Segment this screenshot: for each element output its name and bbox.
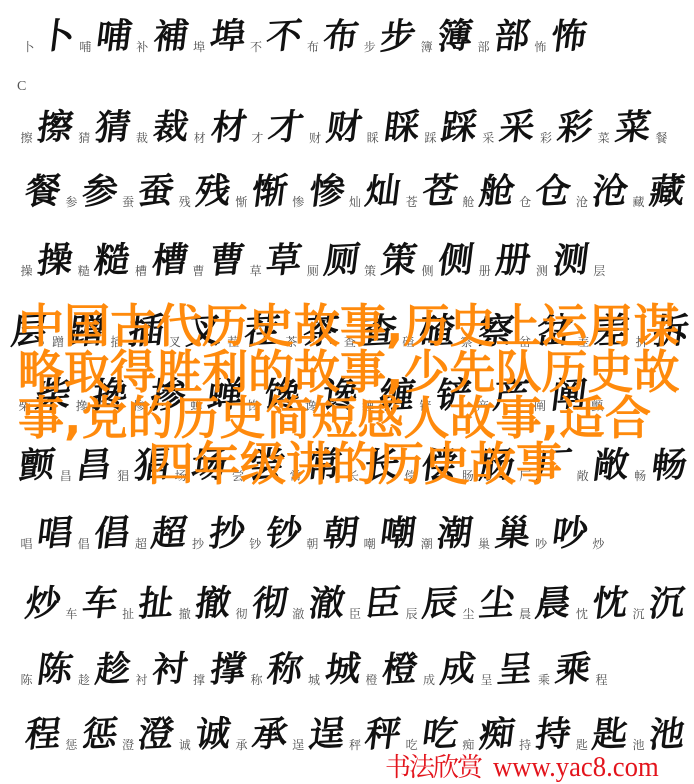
cursive-character: 敞 — [590, 445, 633, 487]
cursive-character: 抄 — [205, 513, 248, 555]
printed-character: 产 — [476, 400, 489, 412]
cursive-character: 厕 — [320, 240, 363, 282]
printed-character: 阐 — [534, 400, 547, 412]
cursive-character: 厂 — [532, 445, 575, 487]
printed-character: 才 — [251, 132, 264, 144]
cursive-character: 尘 — [475, 583, 518, 625]
printed-character: 差 — [577, 336, 590, 348]
cursive-character: 橙 — [379, 649, 422, 691]
cursive-character: 唱 — [33, 513, 76, 555]
printed-character: 橙 — [365, 674, 378, 686]
cursive-character: 岔 — [532, 311, 575, 353]
cursive-character: 茬 — [241, 311, 284, 353]
watermark: 书法欣赏 www.yac8.com — [385, 747, 673, 784]
cursive-character: 潮 — [434, 513, 477, 555]
printed-character: 朝 — [306, 538, 319, 550]
printed-character: 蹭 — [52, 336, 65, 348]
cursive-character: 藏 — [645, 171, 688, 213]
printed-character: 猖 — [117, 470, 130, 482]
cursive-character: 财 — [322, 107, 365, 149]
printed-character: 踩 — [424, 132, 437, 144]
printed-character: 步 — [363, 41, 376, 53]
printed-character: 不 — [250, 41, 263, 53]
cursive-character: 车 — [78, 583, 121, 625]
cursive-character: 灿 — [362, 171, 405, 213]
printed-character: 车 — [65, 608, 78, 620]
printed-character: 逞 — [292, 739, 305, 751]
cursive-character: 乘 — [551, 649, 594, 691]
cursive-character: 碴 — [416, 311, 459, 353]
printed-character: 潮 — [420, 538, 433, 550]
cursive-character: 柴 — [32, 375, 75, 417]
printed-character: 彻 — [235, 608, 248, 620]
printed-character: 茬 — [227, 336, 240, 348]
printed-character: 惨 — [292, 196, 305, 208]
cursive-character: 超 — [148, 513, 191, 555]
printed-character: 巢 — [478, 538, 491, 550]
character-row: 柴柴搀搀掺掺蝉蝉馋馋谗谗缠缠铲铲产产阐阐颤 — [18, 372, 604, 416]
cursive-character: 步 — [377, 16, 420, 58]
cursive-character: 仓 — [532, 171, 575, 213]
printed-character: 澈 — [292, 608, 305, 620]
printed-character: 柴 — [18, 400, 31, 412]
cursive-character: 沧 — [589, 171, 632, 213]
printed-character: 惭 — [235, 196, 248, 208]
printed-character: 颤 — [591, 400, 604, 412]
printed-character: 澄 — [122, 739, 135, 751]
cursive-character: 称 — [264, 649, 307, 691]
cursive-character: 阐 — [547, 375, 590, 417]
printed-character: 城 — [308, 674, 321, 686]
printed-character: 菜 — [597, 132, 610, 144]
printed-character: 诚 — [178, 739, 191, 751]
printed-character: 掺 — [133, 400, 146, 412]
cursive-character: 层 — [7, 311, 50, 353]
printed-character: 昌 — [59, 470, 72, 482]
printed-character: 撤 — [178, 608, 191, 620]
printed-character: 忱 — [575, 608, 588, 620]
printed-character: 餐 — [655, 132, 668, 144]
printed-character: 曹 — [192, 265, 205, 277]
printed-character: 糙 — [77, 265, 90, 277]
cursive-character: 補 — [149, 16, 192, 58]
cursive-character: 彻 — [248, 583, 291, 625]
printed-character: 承 — [235, 739, 248, 751]
character-row: 操操糙糙槽槽曹曹草草厕厕策策侧侧册册测测层 — [20, 237, 606, 281]
printed-character: 尝 — [232, 470, 245, 482]
printed-character: 缠 — [362, 400, 375, 412]
cursive-character: 趁 — [91, 649, 134, 691]
cursive-character: 城 — [321, 649, 364, 691]
cursive-character: 撑 — [206, 649, 249, 691]
cursive-character: 产 — [490, 375, 533, 417]
printed-character: 嘲 — [363, 538, 376, 550]
printed-character: 陈 — [20, 674, 33, 686]
printed-character: 彩 — [539, 132, 552, 144]
printed-character: 搀 — [75, 400, 88, 412]
printed-character: 厂 — [519, 470, 532, 482]
printed-character: 侧 — [421, 265, 434, 277]
cursive-character: 叉 — [182, 311, 225, 353]
cursive-character: 曹 — [205, 240, 248, 282]
printed-character: 材 — [193, 132, 206, 144]
printed-character: 成 — [423, 674, 436, 686]
cursive-character: 搀 — [89, 375, 132, 417]
cursive-character: 采 — [495, 107, 538, 149]
printed-character: 布 — [306, 41, 319, 53]
printed-character: 偿 — [404, 470, 417, 482]
cursive-character: 残 — [192, 171, 235, 213]
printed-character: 肠 — [461, 470, 474, 482]
calligraphy-chart-page: C 卜卜哺哺补補埠埠不不布布步步簿簿部部怖怖擦擦猜猜裁裁材材才才财财睬睬踩踩采采… — [0, 0, 694, 784]
cursive-character: 倡 — [91, 513, 134, 555]
cursive-character: 逞 — [305, 714, 348, 756]
character-row: 炒车车扯扯撤撤彻彻澈澈臣臣辰辰尘尘晨晨忱忱沉沉 — [24, 580, 686, 624]
printed-character: 蚕 — [122, 196, 135, 208]
cursive-character: 偿 — [417, 445, 460, 487]
section-letter: C — [17, 79, 26, 95]
cursive-character: 察 — [474, 311, 517, 353]
character-row: 擦擦猜猜裁裁材材才才财财睬睬踩踩采采彩彩菜菜餐 — [20, 104, 668, 148]
cursive-character: 程 — [21, 714, 64, 756]
cursive-character: 嘲 — [377, 513, 420, 555]
cursive-character: 吵 — [548, 513, 591, 555]
cursive-character: 承 — [248, 714, 291, 756]
printed-character: 财 — [309, 132, 322, 144]
cursive-character: 畅 — [647, 445, 690, 487]
printed-character: 猜 — [78, 132, 91, 144]
printed-character: 唱 — [20, 538, 33, 550]
cursive-character: 插 — [124, 311, 167, 353]
cursive-character: 诚 — [192, 714, 235, 756]
cursive-character: 场 — [188, 445, 231, 487]
cursive-character: 猜 — [91, 107, 134, 149]
cursive-character: 衬 — [149, 649, 192, 691]
cursive-character: 臣 — [362, 583, 405, 625]
cursive-character: 惩 — [78, 714, 121, 756]
printed-character: 裁 — [135, 132, 148, 144]
cursive-character: 侧 — [434, 240, 477, 282]
cursive-character: 差 — [591, 311, 634, 353]
cursive-character: 猖 — [130, 445, 173, 487]
printed-character: 秤 — [348, 739, 361, 751]
printed-character: 岔 — [518, 336, 531, 348]
cursive-character: 惨 — [305, 171, 348, 213]
cursive-character: 簿 — [433, 16, 476, 58]
cursive-character: 肠 — [475, 445, 518, 487]
printed-character: 碴 — [402, 336, 415, 348]
cursive-character: 擦 — [34, 107, 77, 149]
cursive-character: 才 — [265, 107, 308, 149]
printed-character: 敞 — [576, 470, 589, 482]
printed-character: 晨 — [519, 608, 532, 620]
cursive-character: 掺 — [146, 375, 189, 417]
printed-character: 铲 — [419, 400, 432, 412]
printed-character: 沉 — [632, 608, 645, 620]
cursive-character: 成 — [436, 649, 479, 691]
cursive-character: 谗 — [318, 375, 361, 417]
printed-character: 称 — [250, 674, 263, 686]
printed-character: 辰 — [405, 608, 418, 620]
printed-character: 簿 — [420, 41, 433, 53]
printed-character: 衬 — [135, 674, 148, 686]
printed-character: 程 — [595, 674, 608, 686]
cursive-character: 炒 — [21, 583, 64, 625]
cursive-character: 尝 — [245, 445, 288, 487]
printed-character: 参 — [65, 196, 78, 208]
printed-character: 测 — [536, 265, 549, 277]
printed-character: 藏 — [632, 196, 645, 208]
printed-character: 灿 — [348, 196, 361, 208]
printed-character: 撑 — [193, 674, 206, 686]
cursive-character: 舱 — [475, 171, 518, 213]
cursive-character: 埠 — [206, 16, 249, 58]
printed-character: 呈 — [480, 674, 493, 686]
cursive-character: 睬 — [380, 107, 423, 149]
cursive-character: 卜 — [35, 16, 78, 58]
cursive-character: 测 — [549, 240, 592, 282]
printed-character: 茶 — [285, 336, 298, 348]
cursive-character: 沉 — [645, 583, 688, 625]
printed-character: 长 — [346, 470, 359, 482]
character-row: 颤昌昌猖猖场场尝尝常常长长偿偿肠肠厂厂敞敞畅畅 — [18, 442, 688, 486]
printed-character: 采 — [482, 132, 495, 144]
printed-character: 乘 — [538, 674, 551, 686]
cursive-character: 部 — [490, 16, 533, 58]
cursive-character: 钞 — [262, 513, 305, 555]
printed-character: 常 — [289, 470, 302, 482]
printed-character: 层 — [593, 265, 606, 277]
printed-character: 馋 — [247, 400, 260, 412]
printed-character: 卜 — [22, 41, 35, 53]
cursive-character: 蝉 — [203, 375, 246, 417]
cursive-character: 颤 — [15, 445, 58, 487]
printed-character: 场 — [174, 470, 187, 482]
character-row: 唱唱倡倡超超抄抄钞钞朝朝嘲嘲潮潮巢巢吵吵炒 — [20, 510, 605, 554]
printed-character: 哺 — [79, 41, 92, 53]
cursive-character: 茶 — [299, 311, 342, 353]
cursive-character: 长 — [360, 445, 403, 487]
printed-character: 吵 — [535, 538, 548, 550]
cursive-character: 朝 — [319, 513, 362, 555]
printed-character: 谗 — [304, 400, 317, 412]
printed-character: 沧 — [575, 196, 588, 208]
cursive-character: 澄 — [135, 714, 178, 756]
cursive-character: 踩 — [438, 107, 481, 149]
cursive-character: 昌 — [73, 445, 116, 487]
cursive-character: 忱 — [589, 583, 632, 625]
printed-character: 拆 — [635, 336, 648, 348]
cursive-character: 策 — [377, 240, 420, 282]
cursive-character: 布 — [320, 16, 363, 58]
cursive-character: 蹭 — [66, 311, 109, 353]
printed-character: 苍 — [405, 196, 418, 208]
printed-character: 操 — [20, 265, 33, 277]
printed-character: 残 — [178, 196, 191, 208]
printed-character: 槽 — [135, 265, 148, 277]
cursive-character: 扯 — [135, 583, 178, 625]
cursive-character: 不 — [263, 16, 306, 58]
printed-character: 趁 — [78, 674, 91, 686]
printed-character: 炒 — [592, 538, 605, 550]
cursive-character: 苍 — [418, 171, 461, 213]
printed-character: 畅 — [634, 470, 647, 482]
cursive-character: 菜 — [611, 107, 654, 149]
printed-character: 厕 — [306, 265, 319, 277]
printed-character: 怖 — [534, 41, 547, 53]
printed-character: 查 — [343, 336, 356, 348]
printed-character: 策 — [364, 265, 377, 277]
cursive-character: 澈 — [305, 583, 348, 625]
cursive-character: 材 — [207, 107, 250, 149]
cursive-character: 裁 — [149, 107, 192, 149]
printed-character: 叉 — [168, 336, 181, 348]
cursive-character: 操 — [34, 240, 77, 282]
cursive-character: 怖 — [547, 16, 590, 58]
printed-character: 惩 — [65, 739, 78, 751]
cursive-character: 拆 — [649, 311, 692, 353]
printed-character: 察 — [460, 336, 473, 348]
printed-character: 钞 — [249, 538, 262, 550]
printed-character: 臣 — [348, 608, 361, 620]
printed-character: 尘 — [462, 608, 475, 620]
cursive-character: 呈 — [494, 649, 537, 691]
printed-character: 倡 — [77, 538, 90, 550]
printed-character: 擦 — [20, 132, 33, 144]
character-row: 层蹭蹭插插叉叉茬茬茶茶查查碴碴察察岔岔差差拆拆 — [10, 308, 690, 352]
cursive-character: 常 — [303, 445, 346, 487]
printed-character: 仓 — [519, 196, 532, 208]
printed-character: 舱 — [462, 196, 475, 208]
cursive-character: 册 — [492, 240, 535, 282]
cursive-character: 哺 — [92, 16, 135, 58]
character-row: 卜卜哺哺补補埠埠不不布布步步簿簿部部怖怖 — [22, 13, 588, 57]
printed-character: 补 — [136, 41, 149, 53]
cursive-character: 陈 — [34, 649, 77, 691]
cursive-character: 辰 — [418, 583, 461, 625]
cursive-character: 查 — [357, 311, 400, 353]
cursive-character: 馋 — [261, 375, 304, 417]
printed-character: 超 — [134, 538, 147, 550]
cursive-character: 蚕 — [135, 171, 178, 213]
cursive-character: 铲 — [432, 375, 475, 417]
printed-character: 埠 — [193, 41, 206, 53]
printed-character: 扯 — [122, 608, 135, 620]
cursive-character: 糙 — [91, 240, 134, 282]
cursive-character: 餐 — [21, 171, 64, 213]
cursive-character: 草 — [263, 240, 306, 282]
character-row: 餐参参蚕蚕残残惭惭惨惨灿灿苍苍舱舱仓仓沧沧藏藏 — [24, 168, 686, 212]
cursive-character: 参 — [78, 171, 121, 213]
cursive-character: 彩 — [553, 107, 596, 149]
printed-character: 抄 — [192, 538, 205, 550]
printed-character: 草 — [249, 265, 262, 277]
printed-character: 册 — [478, 265, 491, 277]
cursive-character: 槽 — [148, 240, 191, 282]
printed-character: 睬 — [366, 132, 379, 144]
cursive-character: 撤 — [192, 583, 235, 625]
watermark-site-name: 书法欣赏 — [385, 747, 481, 784]
cursive-character: 惭 — [248, 171, 291, 213]
printed-character: 蝉 — [190, 400, 203, 412]
cursive-character: 缠 — [375, 375, 418, 417]
printed-character: 插 — [110, 336, 123, 348]
watermark-url: www.yac8.com — [493, 751, 659, 784]
printed-character: 部 — [477, 41, 490, 53]
character-row: 陈陈趁趁衬衬撑撑称称城城橙橙成成呈呈乘乘程 — [20, 646, 608, 690]
cursive-character: 巢 — [491, 513, 534, 555]
cursive-character: 晨 — [532, 583, 575, 625]
